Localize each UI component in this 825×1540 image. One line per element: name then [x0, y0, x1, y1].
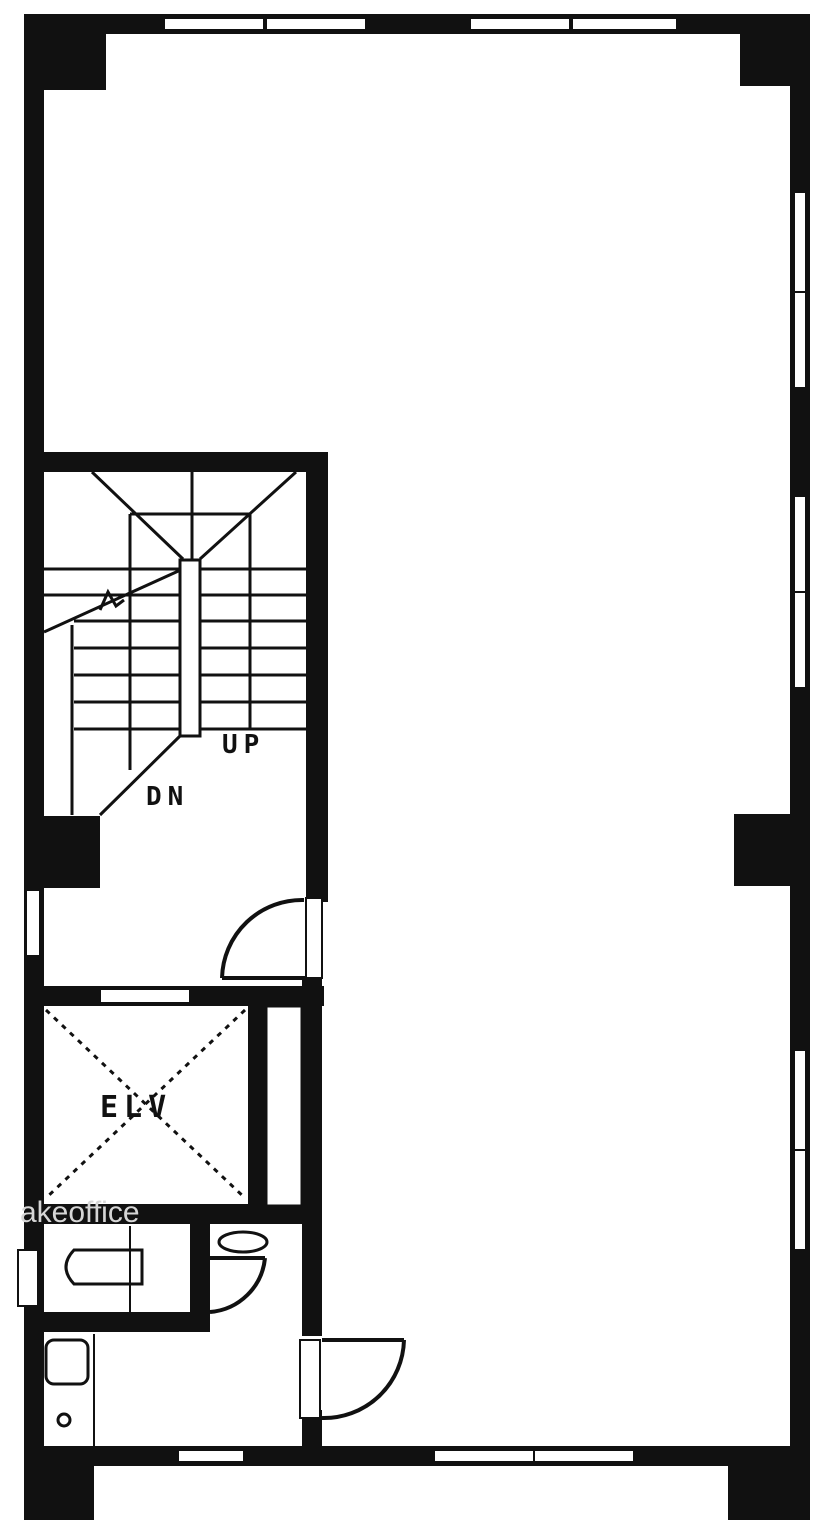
kitchen-sink	[46, 1340, 88, 1384]
column-stair	[24, 816, 100, 888]
window-left-bath	[18, 1250, 38, 1306]
entry-door-frame	[300, 1340, 320, 1418]
wall-bath-bottom	[24, 1312, 210, 1332]
window-top-3	[470, 18, 570, 30]
wall-stair-top	[24, 452, 328, 472]
stair-door-frame	[306, 898, 322, 978]
window-right-1	[794, 192, 806, 292]
stair-up-label: UP	[222, 730, 265, 760]
pipe-shaft	[266, 1006, 302, 1206]
elevator-label: ELV	[100, 1090, 172, 1125]
entry-door[interactable]	[322, 1340, 404, 1418]
toilet-door[interactable]	[210, 1258, 265, 1312]
elv-door-opening	[100, 989, 190, 1003]
window-right-6	[794, 1150, 806, 1250]
wall-bottom	[24, 1446, 810, 1466]
window-top-4	[572, 18, 677, 30]
column-bottom-left	[24, 1446, 94, 1520]
wall-bath-right	[190, 1224, 210, 1332]
wall-top	[24, 14, 810, 34]
column-right-mid	[734, 814, 810, 886]
window-right-5	[794, 1050, 806, 1150]
column-top-right	[740, 14, 810, 86]
floor-plan	[0, 0, 825, 1540]
window-top-1	[164, 18, 264, 30]
stair-down-label: DN	[146, 782, 189, 812]
column-bottom-right	[728, 1446, 810, 1520]
window-right-4	[794, 592, 806, 688]
window-right-3	[794, 496, 806, 592]
stair-door[interactable]	[222, 900, 304, 978]
toilet-icon	[219, 1232, 267, 1252]
stove-burner	[58, 1414, 70, 1426]
watermark: akeoffice	[20, 1196, 140, 1230]
column-top-left	[24, 14, 106, 90]
wall-core-right-lower	[302, 976, 322, 1336]
wall-elv-right	[248, 1006, 266, 1206]
window-bottom-1	[434, 1450, 534, 1462]
window-right-2	[794, 292, 806, 388]
staircase	[44, 472, 306, 815]
window-bottom-2	[534, 1450, 634, 1462]
wall-core-right	[306, 452, 328, 902]
window-bottom-small	[178, 1450, 244, 1462]
window-top-2	[266, 18, 366, 30]
window-left-stair	[26, 890, 40, 956]
